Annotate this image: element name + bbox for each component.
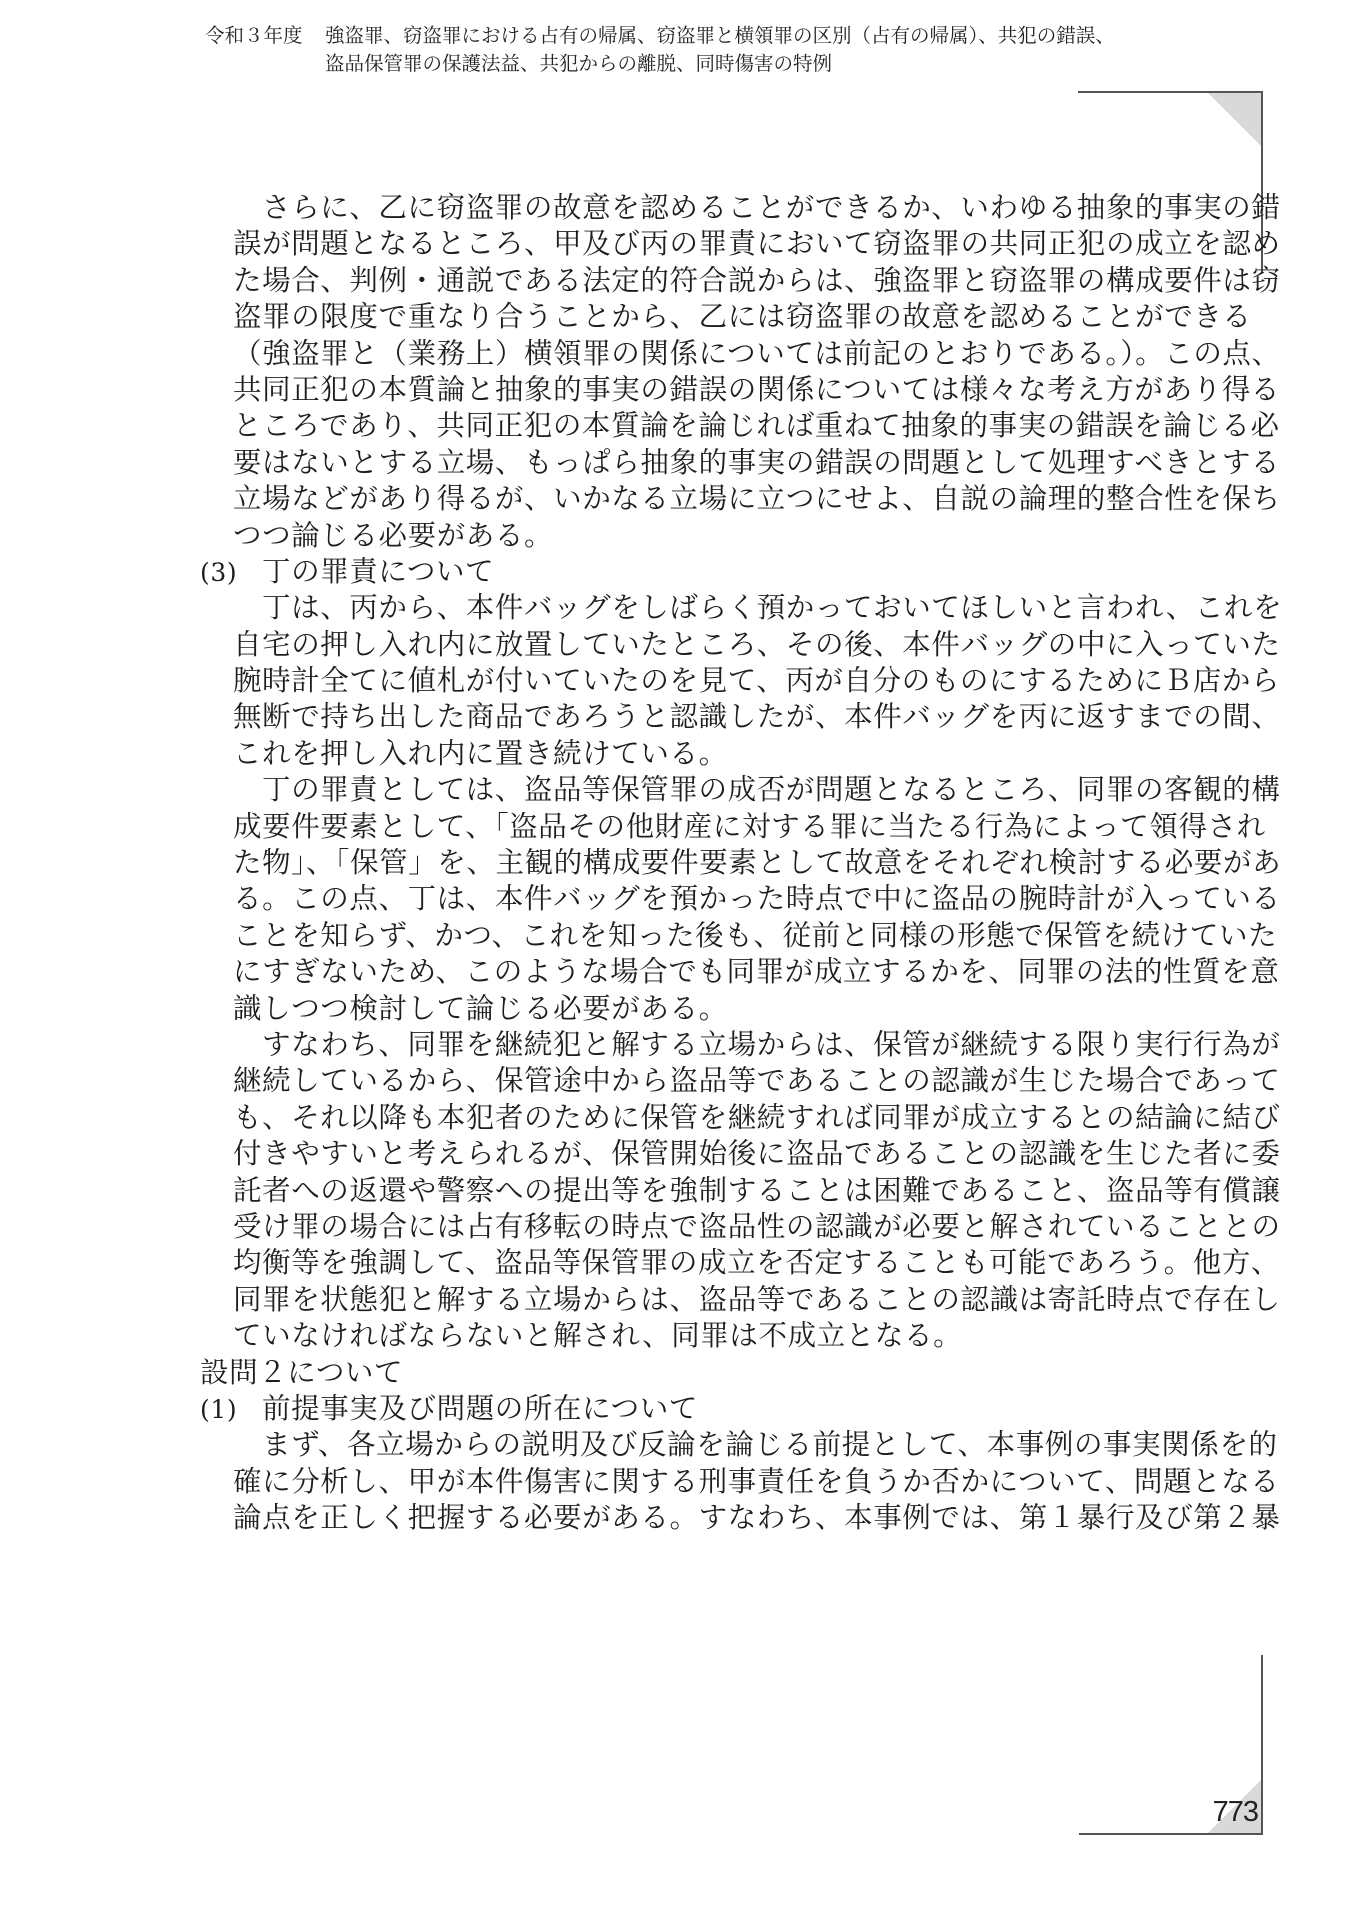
section-title-question-2: 設問２について [200, 1355, 1223, 1391]
paragraph-4: すなわち、同罪を継続犯と解する立場からは、保管が継続する限り実行行為が 継続して… [233, 1027, 1223, 1355]
corner-triangle-top-icon [1208, 93, 1261, 146]
subheading-3: (3)丁の罪責について [200, 554, 1223, 590]
text-line: 盗罪の限度で重なり合うことから、乙には窃盗罪の故意を認めることができる [233, 299, 1223, 335]
text-line: 同罪を状態犯と解する立場からは、盗品等であることの認識は寄託時点で存在し [233, 1282, 1223, 1318]
text-line: ところであり、共同正犯の本質論を論じれば重ねて抽象的事実の錯誤を論じる必 [233, 408, 1223, 444]
text-line: すなわち、同罪を継続犯と解する立場からは、保管が継続する限り実行行為が [233, 1027, 1223, 1063]
text-line: た場合、判例・通説である法定的符合説からは、強盗罪と窃盗罪の構成要件は窃 [233, 263, 1223, 299]
paragraph-5: まず、各立場からの説明及び反論を論じる前提として、本事例の事実関係を的 確に分析… [233, 1427, 1223, 1536]
paragraph-2: 丁は、丙から、本件バッグをしばらく預かっておいてほしいと言われ、これを 自宅の押… [233, 590, 1223, 772]
text-line: 継続しているから、保管途中から盗品等であることの認識が生じた場合であって [233, 1063, 1223, 1099]
page-frame-bottom-rule [1079, 1833, 1263, 1835]
text-line: つつ論じる必要がある。 [233, 518, 1223, 554]
text-line: 要はないとする立場、もっぱら抽象的事実の錯誤の問題として処理すべきとする [233, 445, 1223, 481]
text-line: 成要件要素として、「盗品その他財産に対する罪に当たる行為によって領得され [233, 809, 1223, 845]
subheading-text: 前提事実及び問題の所在について [262, 1392, 698, 1425]
header-row-1: 令和３年度 強盗罪、窃盗罪における占有の帰属、窃盗罪と横領罪の区別（占有の帰属）… [205, 22, 1325, 50]
text-line: も、それ以降も本犯者のために保管を継続すれば同罪が成立するとの結論に結び [233, 1100, 1223, 1136]
text-line: にすぎないため、このような場合でも同罪が成立するかを、同罪の法的性質を意 [233, 954, 1223, 990]
text-line: 確に分析し、甲が本件傷害に関する刑事責任を負うか否かについて、問題となる [233, 1464, 1223, 1500]
text-line: （強盗罪と（業務上）横領罪の関係については前記のとおりである。）。この点、 [233, 336, 1223, 372]
text-line: 丁は、丙から、本件バッグをしばらく預かっておいてほしいと言われ、これを [233, 590, 1223, 626]
text-line: 立場などがあり得るが、いかなる立場に立つにせよ、自説の論理的整合性を保ち [233, 481, 1223, 517]
text-line: 無断で持ち出した商品であろうと認識したが、本件バッグを丙に返すまでの間、 [233, 699, 1223, 735]
text-line: 識しつつ検討して論じる必要がある。 [233, 991, 1223, 1027]
paragraph-3: 丁の罪責としては、盗品等保管罪の成否が問題となるところ、同罪の客観的構 成要件要… [233, 772, 1223, 1027]
text-line: 均衡等を強調して、盗品等保管罪の成立を否定することも可能であろう。他方、 [233, 1245, 1223, 1281]
text-line: 付きやすいと考えられるが、保管開始後に盗品であることの認識を生じた者に委 [233, 1136, 1223, 1172]
page-frame-right-rule-lower [1261, 1655, 1263, 1835]
text-line: 腕時計全てに値札が付いていたのを見て、丙が自分のものにするためにＢ店から [233, 663, 1223, 699]
text-line: 自宅の押し入れ内に放置していたところ、その後、本件バッグの中に入っていた [233, 627, 1223, 663]
page-number: 773 [1160, 1796, 1258, 1829]
subheading-number: (3) [200, 555, 262, 591]
subheading-number: (1) [200, 1392, 262, 1428]
text-line: 共同正犯の本質論と抽象的事実の錯誤の関係については様々な考え方があり得る [233, 372, 1223, 408]
text-line: 誤が問題となるところ、甲及び丙の罪責において窃盗罪の共同正犯の成立を認め [233, 226, 1223, 262]
text-line: ことを知らず、かつ、これを知った後も、従前と同様の形態で保管を続けていた [233, 918, 1223, 954]
header-title-line-2: 盗品保管罪の保護法益、共犯からの離脱、同時傷害の特例 [205, 50, 1325, 78]
subheading-text: 丁の罪責について [262, 555, 494, 588]
text-line: 受け罪の場合には占有移転の時点で盗品性の認識が必要と解されていることとの [233, 1209, 1223, 1245]
text-line: る。この点、丁は、本件バッグを預かった時点で中に盗品の腕時計が入っている [233, 881, 1223, 917]
text-line: さらに、乙に窃盗罪の故意を認めることができるか、いわゆる抽象的事実の錯 [233, 190, 1223, 226]
text-line: 丁の罪責としては、盗品等保管罪の成否が問題となるところ、同罪の客観的構 [233, 772, 1223, 808]
header-year: 令和３年度 [205, 22, 325, 50]
text-line: まず、各立場からの説明及び反論を論じる前提として、本事例の事実関係を的 [233, 1427, 1223, 1463]
running-header: 令和３年度 強盗罪、窃盗罪における占有の帰属、窃盗罪と横領罪の区別（占有の帰属）… [205, 22, 1325, 78]
text-line: これを押し入れ内に置き続けている。 [233, 736, 1223, 772]
subheading-1: (1)前提事実及び問題の所在について [200, 1391, 1223, 1427]
paragraph-1: さらに、乙に窃盗罪の故意を認めることができるか、いわゆる抽象的事実の錯 誤が問題… [233, 190, 1223, 554]
text-line: 託者への返還や警察への提出等を強制することは困難であること、盗品等有償譲 [233, 1173, 1223, 1209]
page-body: さらに、乙に窃盗罪の故意を認めることができるか、いわゆる抽象的事実の錯 誤が問題… [233, 190, 1223, 1536]
text-line: ていなければならないと解され、同罪は不成立となる。 [233, 1318, 1223, 1354]
text-line: た物」、「保管」を、主観的構成要件要素として故意をそれぞれ検討する必要があ [233, 845, 1223, 881]
text-line: 論点を正しく把握する必要がある。すなわち、本事例では、第１暴行及び第２暴 [233, 1500, 1223, 1536]
header-title-line-1: 強盗罪、窃盗罪における占有の帰属、窃盗罪と横領罪の区別（占有の帰属）、共犯の錯誤… [325, 22, 1115, 50]
